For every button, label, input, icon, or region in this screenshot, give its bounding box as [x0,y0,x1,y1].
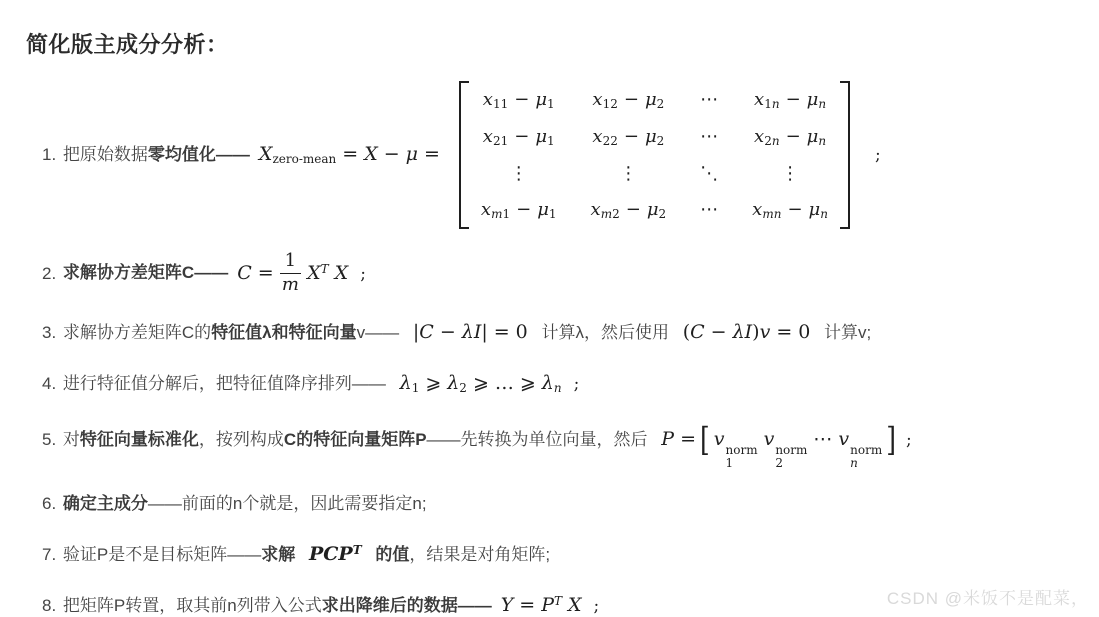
math-formula: Y=PTX; [498,594,600,616]
math-token: = [258,259,274,288]
math-char: P [338,543,352,565]
step-bold-text: 求解协方差矩阵C—— [63,264,228,283]
semicolon: ; [574,374,580,394]
math-char: ( [683,321,690,343]
matrix-cell: ⋯ [697,123,721,151]
math-script: 22 [603,134,618,148]
step-number: 7. [42,545,56,564]
math-char: μ [807,126,819,147]
math-char: v [764,428,775,450]
math-char: … [495,372,514,394]
math-char: 0 [516,321,528,343]
math-char: − [440,321,456,343]
math-char: − [514,89,529,110]
math-char: T [554,594,562,608]
math-token: ⋯ [813,425,832,454]
math-token: − [786,86,801,114]
math-script: n [818,134,826,148]
math-token: − [516,196,531,224]
math-char: X [335,262,349,284]
math-char: μ [645,126,657,147]
math-script: zero-mean [272,152,336,166]
math-char: = [494,321,510,343]
matrix-cell: ⋯ [697,86,721,114]
math-char: − [711,321,727,343]
math-char: ⩾ [520,372,536,394]
math-char: μ [406,143,418,165]
script-stack: norm2 [775,444,807,469]
article-page: 简化版主成分分析： 1. 把原始数据零均值化——Xzero-mean=X−μ=x… [0,0,1099,617]
step-number: 4. [42,374,56,393]
math-formula: ⋯ [697,126,721,147]
math-token: = [342,140,358,169]
step-text: v—— [357,323,404,342]
step-number: 6. [42,494,56,513]
math-char: P [309,543,323,565]
vector-bracket: ] [886,415,896,465]
matrix-cell: x2n−μn [751,123,829,151]
math-char: − [624,126,639,147]
math-char: n [772,97,780,111]
matrix: x11−μ1x12−μ2⋯x1n−μnx21−μ1x22−μ2⋯x2n−μn⋮⋮… [459,81,850,230]
step-bold-text: 的值 [371,545,410,564]
math-char: x [483,126,493,147]
math-char: − [786,126,801,147]
math-script: 11 [493,97,508,111]
math-token: X [364,140,378,169]
math-token: x21 [483,123,508,151]
math-formula: PCPT [306,543,365,565]
math-token: μn [809,196,828,224]
math-char: v [838,428,849,450]
math-script: 1 [726,457,734,470]
math-token: ⋯ [700,123,718,151]
step-bold-text: 确定主成分 [63,494,148,513]
math-char: ⩾ [425,372,441,394]
math-token: μ2 [645,86,664,114]
vector-bracket: [ [700,415,710,465]
step-text: 验证P是不是目标矩阵—— [58,545,261,564]
math-formula: x21−μ1 [480,126,558,147]
math-formula: xm1−μ1 [478,199,560,220]
math-char: 1 [726,456,734,470]
math-char: μ [647,199,659,220]
math-token: PCPT [309,540,362,569]
math-token: − [787,196,802,224]
math-char: n [772,134,780,148]
semicolon: ; [875,145,881,165]
step-text: ——先转换为单位向量，然后 [427,430,653,449]
step-text: ，结果是对角矩阵; [409,545,550,564]
math-formula: x1n−μn [751,89,829,110]
math-token: Y [501,591,514,617]
math-token: x11 [483,86,508,114]
math-token: λn [542,369,562,398]
math-token: P [661,425,674,454]
step-text: 计算v; [819,323,871,342]
step-bold-text: 特征向量标准化 [80,430,199,449]
math-token: λ2 [447,369,467,398]
math-char: 2 [657,97,665,111]
math-token: ⩾ [425,369,441,398]
math-script: T [554,594,562,608]
math-token: XT [307,259,329,288]
math-formula: xmn−μn [749,199,831,220]
math-char: μ [537,199,549,220]
step-item: 5. 对特征向量标准化，按列构成C的特征向量矩阵P——先转换为单位向量，然后 P… [42,421,1079,470]
math-char: 1 [549,207,557,221]
math-char: λ [733,321,745,343]
matrix-cell: xmn−μn [749,196,831,224]
math-script: n [820,207,828,221]
step-item: 3. 求解协方差矩阵C的特征值λ和特征向量v—— |C−λI|=0 计算λ，然后… [42,318,1079,347]
matrix-cell: ⋮ [778,160,802,188]
math-token: = [519,591,535,617]
math-token: X [335,259,349,288]
semicolon: ; [906,430,912,450]
math-char: − [626,199,641,220]
matrix-bracket-left [459,81,469,230]
math-formula: |C−λI|=0 [410,321,531,343]
semicolon: ; [594,596,600,616]
math-char: C [237,262,252,284]
math-char: ⩾ [473,372,489,394]
step-bold-text: C的特征向量矩阵P [284,430,427,449]
math-token: vnorm2 [764,425,808,470]
math-script: T [321,262,329,276]
math-char: = [519,594,535,616]
math-token: − [711,318,727,347]
step-item: 6. 确定主成分——前面的n个就是，因此需要指定n; [42,491,1079,517]
math-formula: λ1⩾λ2⩾…⩾λn; [397,372,580,394]
math-char: − [384,143,400,165]
matrix-grid: x11−μ1x12−μ2⋯x1n−μnx21−μ1x22−μ2⋯x2n−μn⋮⋮… [470,81,839,230]
math-char: n [818,97,826,111]
matrix-cell: x12−μ2 [589,86,667,114]
math-char: Y [501,594,514,616]
math-char: x [754,126,764,147]
script-stack: norm1 [726,444,758,469]
step-bold-text: 求解 [261,545,300,564]
step-bold-text: 零均值化—— [148,145,250,164]
math-script: 1 [547,97,555,111]
math-char: n [818,134,826,148]
csdn-watermark: CSDN @米饭不是配菜， [887,584,1089,609]
math-char: 0 [798,321,810,343]
math-token: C [237,259,252,288]
math-token: = [776,318,792,347]
math-char: = [258,262,274,284]
math-script: 2n [764,134,779,148]
math-token: X [568,591,582,617]
math-char: − [787,199,802,220]
math-formula: x11−μ1 [480,89,558,110]
math-script: m2 [601,207,620,221]
math-token: xmn [752,196,781,224]
math-char: C [323,543,338,565]
math-token: ⋮ [781,160,799,188]
step-item: 7. 验证P是不是目标矩阵——求解 PCPT 的值，结果是对角矩阵; [42,540,1079,569]
math-char: 1 [285,250,296,271]
math-token: … [495,369,514,398]
math-token: x12 [592,86,617,114]
step-text: 把原始数据 [58,145,148,164]
math-char: ⋮ [781,163,799,184]
math-char: T [353,543,362,557]
step-number: 3. [42,323,56,342]
math-char: ⋮ [619,163,637,184]
math-formula: ⋮ [507,163,531,184]
math-char: μ [809,199,821,220]
math-char: ⋯ [700,126,718,147]
math-char: 2 [459,381,467,395]
math-token: |C [413,318,434,347]
math-token: Xzero-mean [259,140,336,169]
math-token: 0 [798,318,810,347]
step-number: 5. [42,430,56,449]
math-token: μ2 [645,123,664,151]
fraction: 1m [280,251,301,295]
matrix-bracket-right [840,81,850,230]
math-token: vnormn [838,425,882,470]
step-text: ，按列构成 [199,430,284,449]
math-char: x [591,199,601,220]
math-char: x [754,89,764,110]
math-token: = [680,425,696,454]
math-char: 1 [547,97,555,111]
math-formula: Xzero-mean=X−μ= [256,143,443,165]
math-token: − [440,318,456,347]
step-item: 1. 把原始数据零均值化——Xzero-mean=X−μ=x11−μ1x12−μ… [42,81,1079,230]
step-text: 对 [58,430,80,449]
math-token: xm1 [481,196,510,224]
step-item: 4. 进行特征值分解后，把特征值降序排列—— λ1⩾λ2⩾…⩾λn; [42,369,1079,398]
math-script: 2 [657,97,665,111]
math-char: v [714,428,725,450]
math-formula: P=[vnorm1vnorm2⋯vnormn]; [658,428,911,450]
math-formula: x22−μ2 [589,126,667,147]
step-text: 计算λ，然后使用 [537,323,674,342]
math-char: μ [645,89,657,110]
step-number: 1. [42,145,56,164]
math-token: ⋯ [700,86,718,114]
math-char: x [592,126,602,147]
math-char: 2 [657,134,665,148]
math-char: ) [752,321,759,343]
math-formula: ⋮ [616,163,640,184]
math-char: P [541,594,554,616]
math-char: 2 [610,134,618,148]
math-char: T [321,262,329,276]
math-token: μn [807,123,826,151]
math-script: n [554,381,562,395]
math-char: | [481,321,487,343]
step-bold-text: 特征值λ和特征向量 [211,323,356,342]
math-token: − [786,123,801,151]
math-char: λ [542,372,554,394]
math-script: 2 [459,381,467,395]
math-formula: x2n−μn [751,126,829,147]
math-token: x1n [754,86,780,114]
math-token: − [624,86,639,114]
math-script: m1 [491,207,510,221]
math-char: λ [400,372,412,394]
math-token: μ2 [647,196,666,224]
matrix-cell: xm1−μ1 [478,196,560,224]
matrix-cell: ⋯ [697,196,721,224]
math-token: 0 [516,318,528,347]
math-formula: (C−λI)v=0 [680,321,814,343]
math-char: − [624,89,639,110]
math-script: 1 [412,381,420,395]
math-char: m [601,207,612,221]
math-formula: C=1mXTX; [234,262,366,284]
semicolon: ; [360,264,366,284]
matrix-cell: x1n−μn [751,86,829,114]
math-char: ⋯ [700,199,718,220]
math-char: μ [535,126,547,147]
matrix-cell: xm2−μ2 [588,196,670,224]
step-text: 把矩阵P转置，取其前n列带入公式 [58,596,322,615]
math-char: − [516,199,531,220]
math-formula: ; [866,143,881,165]
article-title: 简化版主成分分析： [26,30,1079,61]
math-token: ⩾ [520,369,536,398]
math-formula: ⋮ [778,163,802,184]
math-script: 1 [549,207,557,221]
pca-steps-list: 1. 把原始数据零均值化——Xzero-mean=X−μ=x11−μ1x12−μ… [42,81,1079,617]
math-char: C [690,321,705,343]
math-script: 21 [493,134,508,148]
step-text: 求解协方差矩阵C的 [58,323,211,342]
math-char: − [786,89,801,110]
math-token: λ1 [400,369,420,398]
math-formula: xm2−μ2 [588,199,670,220]
math-char: m [491,207,502,221]
matrix-cell: ⋱ [697,160,721,188]
math-token: − [624,123,639,151]
math-token: − [626,196,641,224]
matrix-cell: ⋮ [616,160,640,188]
step-number: 2. [42,264,56,283]
math-char: X [259,143,273,165]
math-char: X [307,262,321,284]
math-char: x [592,89,602,110]
math-token: = [494,318,510,347]
math-char: m [762,207,773,221]
step-text: ——前面的n个就是，因此需要指定n; [148,494,427,513]
fraction-denominator: m [282,274,299,296]
math-token: = [424,140,440,169]
math-char: μ [807,89,819,110]
math-script: 12 [603,97,618,111]
math-char: x [481,199,491,220]
math-script: n [818,97,826,111]
math-char: ⋯ [700,89,718,110]
math-char: n [850,456,858,470]
math-token: μn [807,86,826,114]
matrix-cell: x11−μ1 [480,86,558,114]
math-script: T [353,543,362,557]
math-token: ⩾ [473,369,489,398]
math-token: x22 [592,123,617,151]
math-token: x2n [754,123,780,151]
math-char: μ [535,89,547,110]
math-token: λI| [462,318,488,347]
math-char: n [554,381,562,395]
fraction-numerator: 1 [280,251,301,274]
math-token: vnorm1 [714,425,758,470]
math-char: X [568,594,582,616]
math-char: ⋱ [700,163,718,184]
math-char: 2 [612,207,620,221]
math-char: λ [447,372,459,394]
math-formula: ⋯ [697,199,721,220]
math-script: 1n [764,97,779,111]
math-token: PT [541,591,562,617]
script-stack: normn [850,444,882,469]
math-formula: ⋱ [697,163,721,184]
matrix-cell: x22−μ2 [589,123,667,151]
math-token: (C [683,318,705,347]
math-formula: ⋯ [697,89,721,110]
math-script: n [850,457,858,470]
math-char: 1 [501,97,509,111]
math-char: = [776,321,792,343]
math-char: = [342,143,358,165]
math-script: 2 [659,207,667,221]
math-token: λI)v [733,318,771,347]
matrix-cell: x21−μ1 [480,123,558,151]
math-char: ⋮ [510,163,528,184]
math-char: P [661,428,674,450]
math-char: λ [462,321,474,343]
math-char: n [820,207,828,221]
math-token: μ1 [535,123,554,151]
math-char: X [364,143,378,165]
math-char: = [424,143,440,165]
math-script: mn [762,207,781,221]
math-char: n [774,207,782,221]
math-char: 1 [501,134,509,148]
math-char: x [483,89,493,110]
math-token: ⋮ [510,160,528,188]
math-script: 2 [657,134,665,148]
math-char: 1 [493,97,501,111]
math-char: C [419,321,434,343]
step-bold-text: 求出降维后的数据—— [322,596,492,615]
math-char: ⋯ [813,428,832,450]
math-char: 2 [775,456,783,470]
math-script: 2 [775,457,783,470]
math-token: ⋮ [619,160,637,188]
math-char: m [282,274,299,295]
math-char: 1 [547,134,555,148]
math-char: x [752,199,762,220]
math-token: xm2 [591,196,620,224]
math-token: μ1 [537,196,556,224]
math-char: 1 [764,97,772,111]
step-item: 2. 求解协方差矩阵C——C=1mXTX; [42,251,1079,295]
math-formula: x12−μ2 [589,89,667,110]
math-token: ⋱ [700,160,718,188]
step-number: 8. [42,596,56,615]
math-token: μ [406,140,418,169]
math-token: − [514,86,529,114]
math-script: 1 [547,134,555,148]
math-char: 2 [659,207,667,221]
math-token: μ1 [535,86,554,114]
